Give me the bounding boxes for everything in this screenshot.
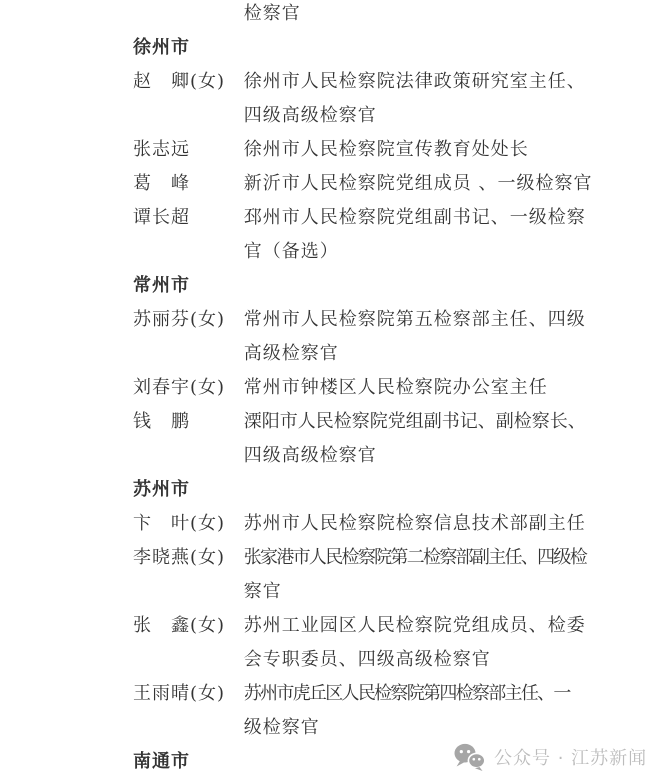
position-line: 高级检察官	[244, 337, 339, 371]
position-line: 常州市钟楼区人民检察院办公室主任	[244, 371, 548, 405]
city-name: 常州市	[133, 275, 190, 296]
person-name: 苏丽芬(女)	[133, 303, 237, 337]
person-name: 卞 叶(女)	[133, 507, 237, 541]
list-item: 苏丽芬(女) 常州市人民检察院第五检察部主任、四级	[0, 303, 667, 337]
position-line: 会专职委员、四级高级检察官	[244, 643, 491, 677]
city-name: 徐州市	[133, 37, 190, 58]
list-item: 张 鑫(女) 苏州工业园区人民检察院党组成员、检委	[0, 609, 667, 643]
watermark-text: 公众号 · 江苏新闻	[494, 744, 647, 770]
position-line: 四级高级检察官	[244, 439, 377, 473]
position-line: 四级高级检察官	[244, 99, 377, 133]
list-item: 王雨晴(女) 苏州市虎丘区人民检察院第四检察部主任、一	[0, 677, 667, 711]
list-item: 钱 鹏 溧阳市人民检察院党组副书记、副检察长、	[0, 405, 667, 439]
person-name: 赵 卿(女)	[133, 65, 237, 99]
person-name: 张 鑫(女)	[133, 609, 237, 643]
person-name: 钱 鹏	[133, 405, 237, 439]
list-item: 张志远 徐州市人民检察院宣传教育处处长	[0, 133, 667, 167]
position-line: 苏州市虎丘区人民检察院第四检察部主任、一	[244, 677, 570, 711]
continuation-line: 察官	[0, 575, 667, 609]
person-name: 张志远	[133, 133, 237, 167]
position-line: 溧阳市人民检察院党组副书记、副检察长、	[244, 405, 586, 439]
person-name: 葛 峰	[133, 167, 237, 201]
position-line: 级检察官	[244, 711, 320, 745]
list-item: 李晓燕(女) 张家港市人民检察院第二检察部副主任、四级检	[0, 541, 667, 575]
list-item: 赵 卿(女) 徐州市人民检察院法律政策研究室主任、	[0, 65, 667, 99]
city-name: 苏州市	[133, 479, 190, 500]
wechat-watermark: 公众号 · 江苏新闻	[453, 742, 647, 772]
city-header-suzhou: 苏州市	[0, 473, 667, 507]
person-name: 王雨晴(女)	[133, 677, 237, 711]
city-name: 南通市	[133, 751, 190, 772]
position-line: 常州市人民检察院第五检察部主任、四级	[244, 303, 586, 337]
person-name: 李晓燕(女)	[133, 541, 237, 575]
document-page: 检察官 徐州市 赵 卿(女) 徐州市人民检察院法律政策研究室主任、 四级高级检察…	[0, 0, 667, 784]
person-name: 谭长超	[133, 201, 237, 235]
continuation-line: 四级高级检察官	[0, 99, 667, 133]
continuation-line: 会专职委员、四级高级检察官	[0, 643, 667, 677]
continuation-line: 检察官	[0, 0, 667, 31]
position-line: 官（备选）	[244, 235, 339, 269]
wechat-icon	[453, 743, 486, 771]
city-header-xuzhou: 徐州市	[0, 31, 667, 65]
position-line: 张家港市人民检察院第二检察部副主任、四级检	[244, 541, 586, 575]
appointment-list: 检察官 徐州市 赵 卿(女) 徐州市人民检察院法律政策研究室主任、 四级高级检察…	[0, 0, 667, 779]
position-line: 邳州市人民检察院党组副书记、一级检察	[244, 201, 586, 235]
list-item: 刘春宇(女) 常州市钟楼区人民检察院办公室主任	[0, 371, 667, 405]
position-line: 察官	[244, 575, 282, 609]
city-header-changzhou: 常州市	[0, 269, 667, 303]
position-line: 苏州工业园区人民检察院党组成员、检委	[244, 609, 586, 643]
list-item: 谭长超 邳州市人民检察院党组副书记、一级检察	[0, 201, 667, 235]
position-line: 新沂市人民检察院党组成员 、一级检察官	[244, 167, 593, 201]
list-item: 葛 峰 新沂市人民检察院党组成员 、一级检察官	[0, 167, 667, 201]
list-item: 卞 叶(女) 苏州市人民检察院检察信息技术部副主任	[0, 507, 667, 541]
position-line: 徐州市人民检察院法律政策研究室主任、	[244, 65, 586, 99]
position-line: 徐州市人民检察院宣传教育处处长	[244, 133, 529, 167]
continuation-line: 官（备选）	[0, 235, 667, 269]
position-line: 检察官	[244, 0, 301, 31]
continuation-line: 高级检察官	[0, 337, 667, 371]
person-name: 刘春宇(女)	[133, 371, 237, 405]
continuation-line: 四级高级检察官	[0, 439, 667, 473]
continuation-line: 级检察官	[0, 711, 667, 745]
position-line: 苏州市人民检察院检察信息技术部副主任	[244, 507, 586, 541]
